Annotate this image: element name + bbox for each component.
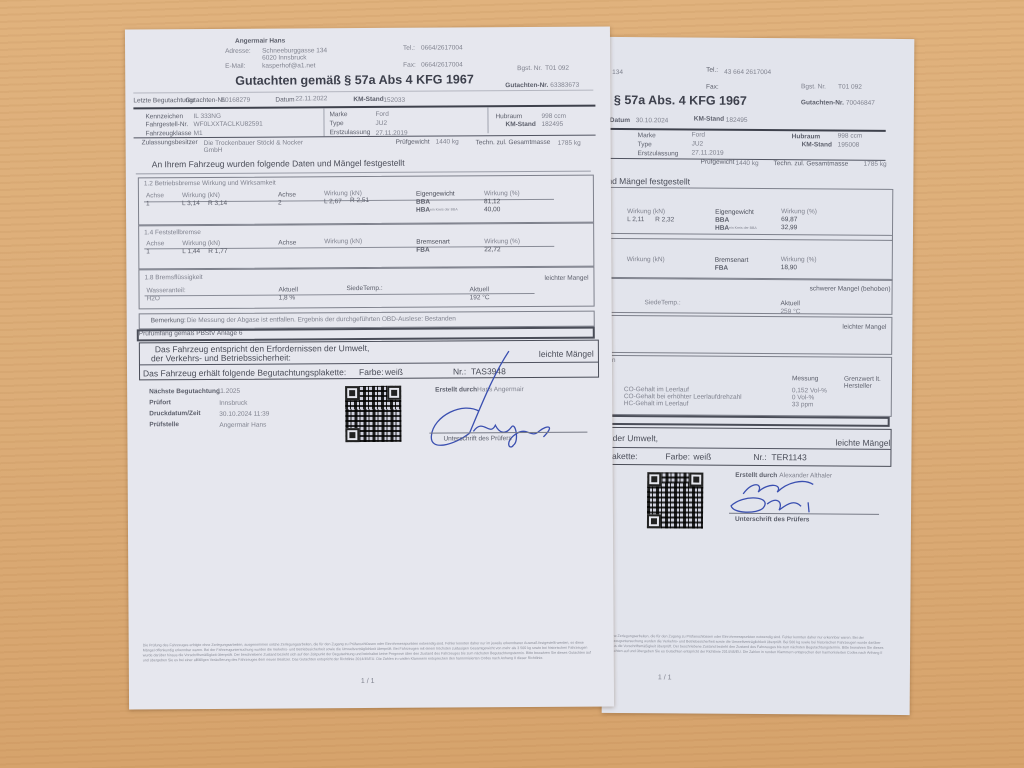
date-value: 30.10.2024 [636, 117, 669, 124]
qr-code [345, 386, 401, 442]
axle-right-value: R 2,32 [655, 216, 674, 223]
hba-value: 40,00 [484, 206, 500, 213]
gross-weight-value: 1785 kg [558, 140, 581, 147]
conclusion-line2: der Verkehrs- und Betriebssicherheit: [151, 352, 291, 363]
hc-value: 33 ppm [792, 401, 814, 408]
pb-effect-pct-label: Wirkung (%) [484, 238, 520, 245]
axle-left-value: L 2,11 [627, 216, 644, 223]
gross-weight-label: Techn. zul. Gesamtmasse [773, 160, 848, 168]
signature-label: Unterschrift des Prüfers [735, 516, 809, 524]
fba-label: FBA [715, 265, 728, 272]
station-label: Prüfstelle [149, 421, 179, 428]
type-value: JU2 [375, 120, 387, 127]
plate-label: Kennzeichen [145, 113, 183, 120]
current-label: Aktuell [780, 300, 800, 307]
axle2-label: Achse [278, 191, 296, 198]
print-date-value: 30.10.2024 11:39 [219, 411, 269, 418]
bgst-label: Bgst. Nr. [801, 83, 826, 90]
test-weight-label: Prüfgewicht [700, 159, 734, 166]
effect-pct2-label: Wirkung (%) [781, 256, 817, 263]
owner-line2: GmbH [204, 147, 223, 154]
examiner-name: Angermair Hans [235, 38, 285, 45]
report-no-label: Gutachten-Nr. [801, 99, 844, 106]
make-value: Ford [692, 132, 705, 139]
report-title: Gutachten gemäß § 57a Abs 4 KFG 1967 [235, 72, 474, 87]
water-label: Wasseranteil: [147, 287, 186, 294]
parking-brake-heading: 1.4 Feststellbremse [144, 229, 201, 236]
legal-footer: solche Zerlegungsarbeiten, die für den Z… [606, 634, 888, 656]
sticker-no-label: Nr.: [753, 452, 766, 462]
make-label: Marke [638, 132, 656, 139]
make-label: Marke [329, 111, 347, 118]
address-fragment: 134 [612, 69, 623, 76]
axle2-value: 2 [278, 200, 282, 207]
gross-weight-value: 1785 kg [863, 161, 886, 168]
address-line2: 6020 Innsbruck [262, 54, 306, 61]
conclusion-result: leichte Mängel [836, 438, 891, 448]
plate-value: IL 333NG [193, 113, 221, 120]
pb-axle2-label: Achse [278, 239, 296, 246]
fba-label: FBA [416, 247, 429, 254]
measurement-label: Messung [792, 375, 818, 382]
address-label: Adresse: [225, 48, 251, 55]
first-reg-value: 27.11.2019 [692, 150, 724, 157]
effect-kn-label: Wirkung (kN) [627, 208, 665, 215]
date-value: 22.11.2022 [295, 95, 327, 102]
boil-label: SiedeTemp.: [346, 285, 382, 292]
fax-value: 0664/2617004 [421, 61, 463, 68]
first-reg-label: Erstzulassung [638, 150, 679, 157]
page-number: 1 / 1 [658, 674, 672, 681]
bba-value: 69,87 [781, 216, 797, 223]
boil-value: 259 °C [780, 308, 800, 315]
report-no: 63383673 [550, 82, 579, 89]
tel-label: Tel.: [403, 45, 415, 52]
date-label: Datum [275, 96, 294, 103]
km2-label: KM-Stand [802, 141, 832, 148]
brake-type-label: Bremsenart [715, 257, 749, 264]
hba-note: ein Kreis der BBA [430, 207, 458, 211]
h2o-label: H2O [147, 295, 160, 302]
vehicle-km-value: 182495 [541, 121, 563, 128]
displacement-label: Hubraum [792, 133, 821, 140]
email-value: kasperhof@a1.net [262, 62, 315, 69]
pb-effect-kn-label: Wirkung (kN) [182, 240, 220, 247]
bba-label: BBA [715, 217, 729, 224]
qr-code [647, 472, 703, 528]
km-label: KM-Stand [353, 96, 383, 103]
place-value: Innsbruck [219, 400, 247, 407]
boil-label: SiedeTemp.: [644, 299, 680, 306]
sticker-text: Das Fahrzeug erhält folgende Begutachtun… [143, 367, 346, 378]
findings-heading: An Ihrem Fahrzeug wurden folgende Daten … [152, 158, 405, 170]
signature-label: Unterschrift des Prüfers [443, 435, 511, 442]
effect-pct-label: Wirkung (%) [781, 208, 817, 215]
hba-label: HBA [416, 207, 430, 214]
pb-axle-label: Achse [146, 240, 164, 247]
report-no-label: Gutachten-Nr. [505, 82, 548, 89]
weight-label: Eigengewicht [715, 209, 754, 216]
km-value: 182495 [726, 117, 748, 124]
bgst-label: Bgst. Nr. [517, 65, 542, 72]
gross-weight-label: Techn. zul. Gesamtmasse [476, 139, 551, 146]
boil-value: 192 °C [470, 294, 490, 301]
tel-label: Tel.: [706, 67, 718, 74]
brake-fluid-heading: 1.8 Bremsflüssigkeit [144, 274, 202, 281]
bgst-value: T01 092 [545, 65, 569, 72]
tel-value: 43 664 2617004 [724, 69, 771, 76]
type-label: Type [329, 120, 343, 127]
bba-value: 81,12 [484, 198, 500, 205]
bgst-value: T01 092 [838, 84, 862, 91]
pb-axle1-left-value: L 1,44 [182, 248, 200, 255]
last-report-label: Gutachten-Nr. [185, 97, 226, 104]
water-value: 1,8 % [279, 294, 296, 301]
scope-text: Prüfumfang gemäß PBStV Anlage 6 [139, 330, 243, 338]
type-label: Type [638, 141, 652, 148]
brake-fluid-defect: leichter Mangel [544, 275, 588, 282]
findings-fragment: nd Mängel festgestellt [607, 176, 690, 187]
vin-value: WF0LXXTACLKU82591 [193, 121, 262, 128]
color-label: Farbe: [665, 451, 690, 461]
bba-label: BBA [416, 199, 430, 206]
owner-label: Zulassungsbesitzer [142, 139, 198, 146]
axle1-left-value: L 3,14 [182, 200, 200, 207]
inspection-report-back-sheet: 134 Tel.: 43 664 2617004 Fax: Bgst. Nr. … [602, 37, 915, 715]
pb-axle1-right-value: R 1,77 [208, 248, 227, 255]
next-inspection-label: Nächste Begutachtung [149, 388, 220, 395]
fba-value: 18,90 [781, 264, 797, 271]
effect-kn2-label: Wirkung (kN) [627, 256, 665, 263]
axle2-right-value: R 2,51 [350, 197, 369, 204]
fax-label: Fax: [403, 62, 416, 69]
next-inspection-value: 11.2025 [217, 388, 240, 395]
displacement-value: 998 ccm [838, 133, 863, 140]
date-label: Datum [610, 117, 630, 124]
displacement-label: Hubraum [495, 113, 522, 120]
conclusion-fragment: n der Umwelt, [606, 433, 659, 443]
fax-label: Fax: [706, 84, 719, 91]
type-value: JU2 [692, 141, 704, 148]
color-label: Farbe: [359, 367, 384, 377]
limit-label: Grenzwert lt. Hersteller [844, 376, 888, 390]
color-value: weiß [693, 452, 711, 462]
inspection-report-front-sheet: Angermair Hans Adresse: Schneeburggasse … [125, 27, 614, 710]
print-date-label: Druckdatum/Zeit [149, 410, 200, 417]
km2-value: 195008 [838, 142, 860, 149]
service-brake-heading: 1.2 Betriebsbremse Wirkung und Wirksamke… [144, 180, 276, 188]
axle-label: Achse [146, 192, 164, 199]
axle1-value: 1 [146, 200, 150, 207]
color-value: weiß [385, 367, 403, 377]
displacement-value: 998 ccm [541, 113, 566, 120]
report-no: 70046847 [846, 100, 875, 107]
class-value: M1 [194, 130, 203, 137]
legal-footer: Die Prüfung des Fahrzeuges erfolgte ohne… [143, 641, 593, 664]
hba-note: ein Kreis der BBA [729, 226, 757, 230]
km-label: KM-Stand [694, 116, 724, 123]
place-label: Prüfort [149, 399, 171, 406]
hba-value: 32,99 [781, 224, 797, 231]
sticker-no-value: TER1143 [771, 452, 806, 462]
axle1-right-value: R 3,14 [208, 200, 227, 207]
fluid-defect-label: schwerer Mangel (behoben) [810, 285, 891, 293]
tel-value: 0664/2617004 [421, 44, 463, 51]
km-value: 152033 [383, 97, 405, 104]
vin-label: Fahrgestell-Nr. [145, 121, 188, 128]
page-number: 1 / 1 [361, 678, 375, 685]
remark-label: Bemerkung: [151, 317, 186, 324]
test-weight-label: Prüfgewicht [396, 139, 430, 146]
last-report-no: 50168279 [221, 97, 250, 104]
vehicle-km-label: KM-Stand [505, 121, 535, 128]
test-weight-value: 1440 kg [735, 160, 758, 167]
email-label: E-Mail: [225, 63, 245, 70]
owner-line1: Die Trockenbauer Stöckl & Nocker [204, 139, 303, 147]
water-current-label: Aktuell [279, 286, 299, 293]
pb-effect-kn2-label: Wirkung (kN) [324, 238, 362, 245]
brake-type-label: Bremsenart [416, 239, 450, 246]
boil-current-label: Aktuell [470, 286, 490, 293]
test-weight-value: 1440 kg [436, 138, 459, 145]
report-title-fragment: § 57a Abs. 4 KFG 1967 [614, 93, 747, 108]
hc-label: HC-Gehalt im Leerlauf [624, 400, 689, 407]
effect-kn-label: Wirkung (kN) [182, 192, 220, 199]
axle2-left-value: L 2,67 [324, 198, 342, 205]
pb-axle1-value: 1 [146, 248, 150, 255]
fba-value: 22,72 [484, 246, 500, 253]
station-value: Angermair Hans [219, 422, 266, 429]
effect-pct-label: Wirkung (%) [484, 190, 520, 197]
weight-label: Eigengewicht [416, 190, 455, 197]
make-value: Ford [375, 111, 388, 118]
hba-label: HBA [715, 225, 729, 232]
other-defect-label: leichter Mangel [842, 324, 886, 331]
